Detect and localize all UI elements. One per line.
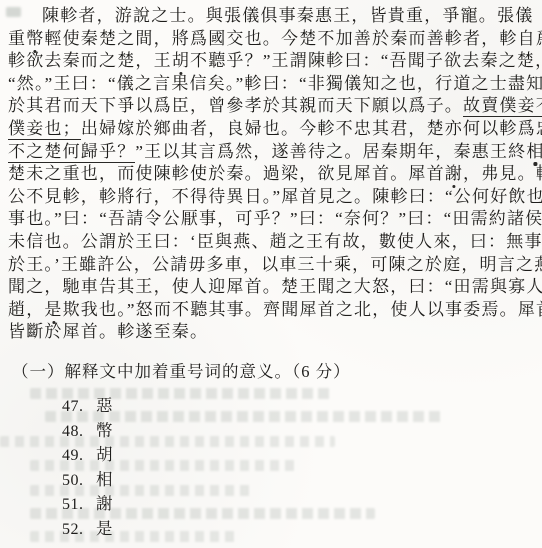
text-run: “然。”王曰：“儀之言果信矣。”軫曰：“非獨儀知之也，行道之士盡知之矣。昔子胥忠 xyxy=(8,74,542,93)
passage-line: 於王。’王雖許公，公請毋多車，以車三十乘，可陳之於庭，明言之燕、趙。”燕、趙客 xyxy=(8,254,538,277)
passage-line: 楚未之重也，而使陳軫使於秦。過梁，欲見犀首。犀首謝，弗見。軫曰：“吾爲事來， xyxy=(8,163,538,186)
item-number: 50. xyxy=(62,469,92,494)
passage-line: 公不見軫，軫將行，不得待異日。”犀首見之。陳軫曰：“公何好飲也？”犀首曰：“無 xyxy=(8,186,538,209)
passage-line: 僕妾也；出婦嫁於鄉曲者，良婦也。今軫不忠其君，楚亦何以軫爲忠乎？忠且見棄，軫 xyxy=(8,118,538,141)
passage-line: 皆斷於犀首。軫遂至秦。 xyxy=(8,321,538,344)
emphasized-word: 謝 xyxy=(445,163,463,186)
word-list-item: 47.惡 xyxy=(62,394,114,419)
passage-line: 於其君而天下爭以爲臣，曾參孝於其親而天下願以爲子。故賣僕妾不出閭巷而售者，良 xyxy=(8,95,538,118)
word-list-item: 51.謝 xyxy=(62,492,114,517)
scanned-exam-page: 陳軫者，游說之士。與張儀俱事秦惠王，皆貴重，爭寵。張儀惡陳軫於秦王曰：“軫重幣輕… xyxy=(0,0,542,548)
text-run: 公不見軫，軫將行，不得待異日。”犀首見之。陳軫曰：“公何好飲也？”犀首曰：“無 xyxy=(8,187,542,206)
text-run: ，弗見。軫曰：“吾爲事來， xyxy=(463,164,542,183)
text-run: 事也。”曰：“吾請令公厭事，可乎？”曰：“奈何？”曰：“田需約諸侯從親，楚王疑之… xyxy=(8,209,542,228)
text-run: 出婦嫁於鄉曲者，良婦也。今軫不忠其君，楚亦何以軫爲忠乎？ xyxy=(81,119,542,138)
underlined-clause: 故賣僕妾不出閭巷而售者，良 xyxy=(463,96,542,117)
text-run: 欺我也。”怒而不聽其事。齊聞犀首之北，使人以事委焉。犀首遂行，三國相事 xyxy=(63,300,542,319)
item-word: 惡 xyxy=(96,396,114,415)
passage-line: 趙，是欺我也。”怒而不聽其事。齊聞犀首之北，使人以事委焉。犀首遂行，三國相事 xyxy=(8,299,538,322)
emphasized-word: 相 xyxy=(526,141,542,164)
item-word: 相 xyxy=(96,470,114,489)
item-number: 48. xyxy=(62,420,92,445)
word-list-item: 48.幣 xyxy=(62,419,114,444)
text-run: 不聽乎？”王謂陳軫曰：“吾聞子欲去秦之楚，有之乎？”軫曰： xyxy=(190,51,542,70)
passage-line: 重幣輕使秦楚之間，將爲國交也。今楚不加善於秦而善軫者，軫自爲厚而爲王薄也。且 xyxy=(8,28,538,51)
emphasized-word: 惡 xyxy=(533,5,542,28)
underlined-clause: 不之楚何歸乎？ xyxy=(8,142,135,163)
text-run: 楚未之重也，而使陳軫使於秦。過梁，欲見犀首。犀首 xyxy=(8,164,445,183)
emphasized-word: 幣 xyxy=(26,28,44,51)
text-run: ”王以其言爲然，遂善待之。居秦期年，秦惠王終 xyxy=(135,142,526,161)
classical-passage: 陳軫者，游說之士。與張儀俱事秦惠王，皆貴重，爭寵。張儀惡陳軫於秦王曰：“軫重幣輕… xyxy=(8,5,538,344)
passage-line: 聞之，馳車告其王，使人迎犀首。楚王聞之大怒，曰：“田需與寡人約，而犀首之燕、 xyxy=(8,276,538,299)
word-list: 47.惡 48.幣 49.胡 50.相 51.謝 52.是 xyxy=(62,394,114,542)
passage-line: 陳軫者，游說之士。與張儀俱事秦惠王，皆貴重，爭寵。張儀惡陳軫於秦王曰：“軫 xyxy=(8,5,538,28)
item-word: 是 xyxy=(96,519,114,538)
bleed-through-line xyxy=(0,436,335,447)
text-run: 軫欲去秦而之楚，王 xyxy=(8,51,172,70)
emphasized-word: 胡 xyxy=(172,50,190,73)
text-run: 輕使秦楚之間，將爲國交也。今楚不加善於秦而善軫者，軫自爲厚而爲王薄也。且 xyxy=(44,29,542,48)
underlined-clause: 僕妾也； xyxy=(8,119,81,140)
text-run: 聞之，馳車告其王，使人迎犀首。楚王聞之大怒，曰：“田需與寡人約，而犀首之燕、 xyxy=(8,277,542,296)
item-number: 49. xyxy=(62,444,92,469)
passage-line: 不之楚何歸乎？”王以其言爲然，遂善待之。居秦期年，秦惠王終相張儀，而陳軫奔楚。 xyxy=(8,141,538,164)
text-run: 未信也。公謂於王曰：‘臣與燕、趙之王有故，數使人來，曰：無事何不相見？願謁行 xyxy=(8,232,542,251)
text-run: 於其君而天下爭以爲臣，曾參孝於其親而天下願以爲子。 xyxy=(8,96,463,115)
item-word: 胡 xyxy=(96,445,114,464)
passage-line: “然。”王曰：“儀之言果信矣。”軫曰：“非獨儀知之也，行道之士盡知之矣。昔子胥忠 xyxy=(8,73,538,96)
item-number: 51. xyxy=(62,493,92,518)
word-list-item: 52.是 xyxy=(62,517,114,542)
text-run: 皆斷於犀首。軫遂至秦。 xyxy=(8,322,208,341)
text-run: 趙， xyxy=(8,300,44,319)
item-word: 幣 xyxy=(96,421,114,440)
text-run: 重 xyxy=(8,29,26,48)
passage-line: 軫欲去秦而之楚，王胡不聽乎？”王謂陳軫曰：“吾聞子欲去秦之楚，有之乎？”軫曰： xyxy=(8,50,538,73)
item-number: 47. xyxy=(62,395,92,420)
question-heading: （一）解释文中加着重号词的意义。（6 分） xyxy=(12,358,532,382)
text-run: 於王。’王雖許公，公請毋多車，以車三十乘，可陳之於庭，明言之燕、趙。”燕、趙客 xyxy=(8,255,542,274)
passage-line: 未信也。公謂於王曰：‘臣與燕、趙之王有故，數使人來，曰：無事何不相見？願謁行 xyxy=(8,231,538,254)
word-list-item: 50.相 xyxy=(62,468,114,493)
text-run: 陳軫者，游說之士。與張儀俱事秦惠王，皆貴重，爭寵。張儀 xyxy=(42,6,533,25)
word-list-item: 49.胡 xyxy=(62,443,114,468)
item-word: 謝 xyxy=(96,494,114,513)
item-number: 52. xyxy=(62,518,92,543)
passage-line: 事也。”曰：“吾請令公厭事，可乎？”曰：“奈何？”曰：“田需約諸侯從親，楚王疑之… xyxy=(8,208,538,231)
emphasized-word: 是 xyxy=(44,299,62,322)
bleed-through-line xyxy=(30,531,235,542)
